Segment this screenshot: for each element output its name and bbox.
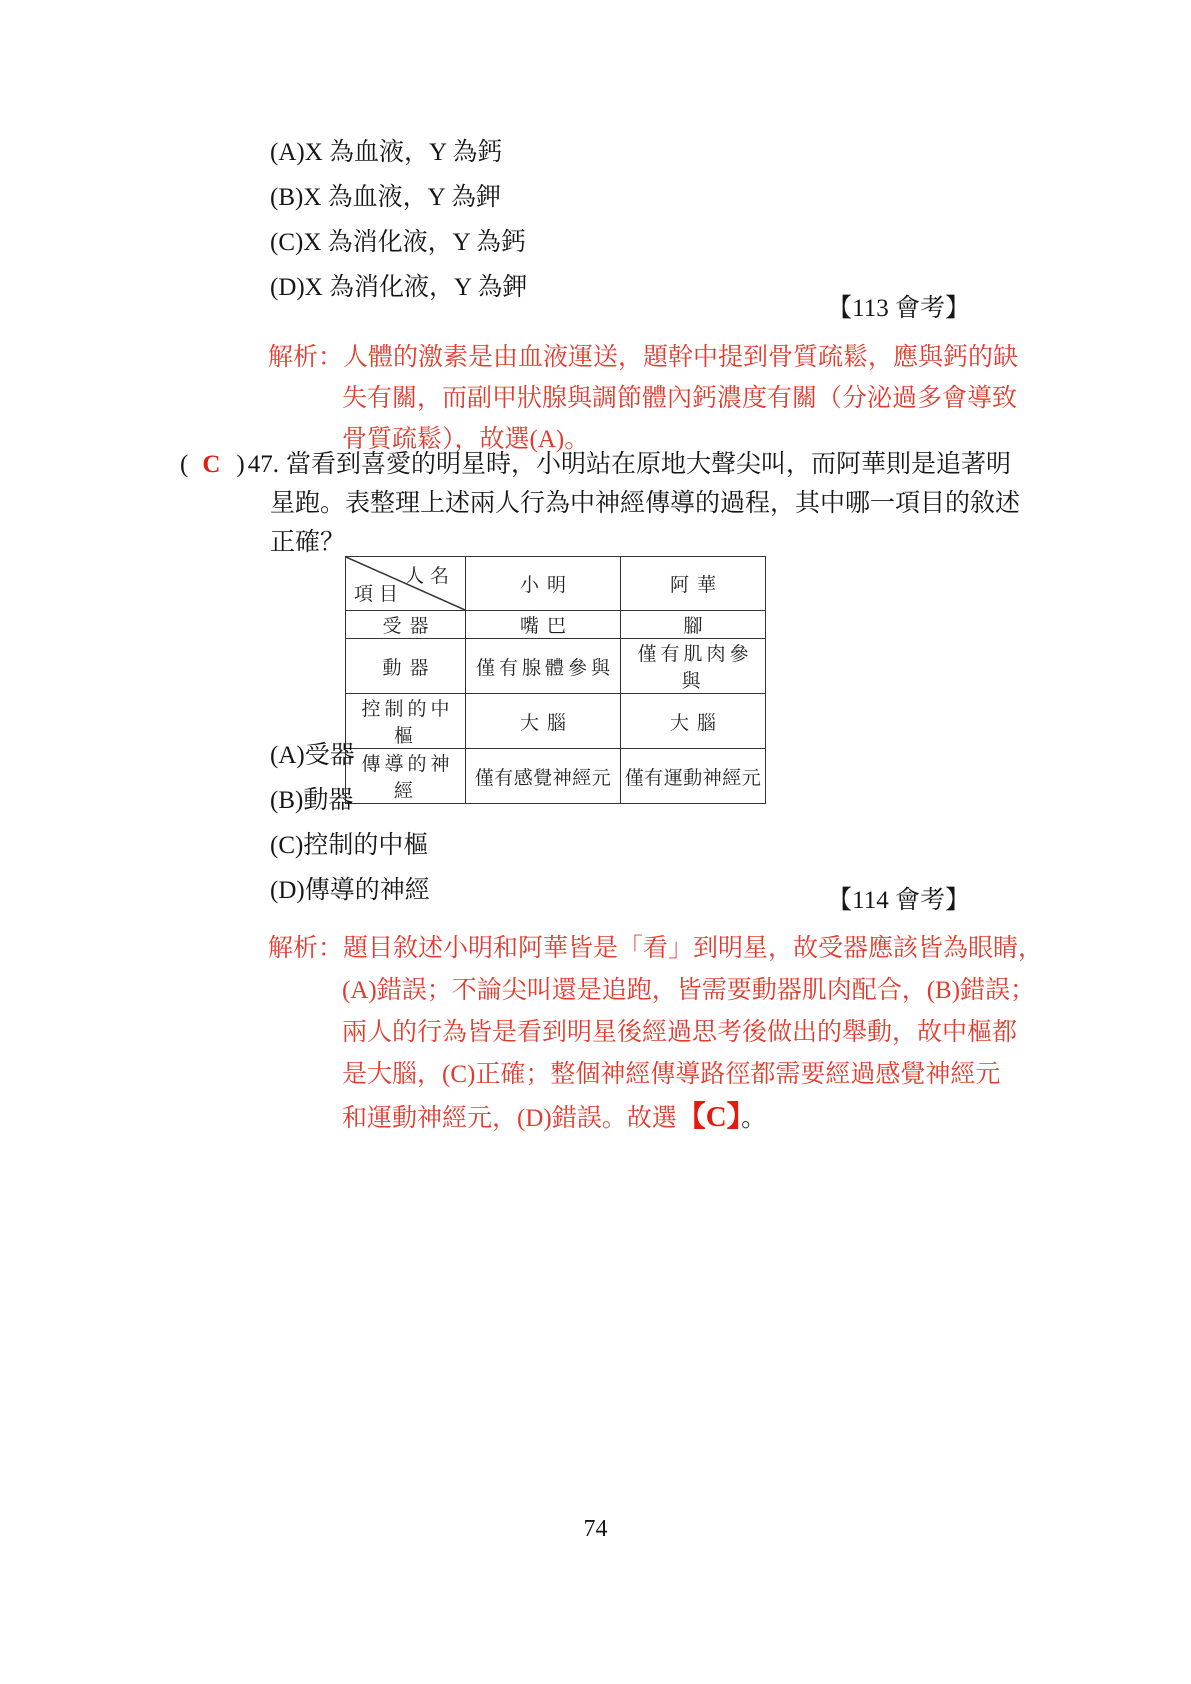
option-c: (C)控制的中樞 <box>270 823 430 868</box>
question-number: 47. <box>248 451 279 478</box>
analysis-line: 兩人的行為皆是看到明星後經過思考後做出的舉動，故中樞都 <box>342 1012 1043 1054</box>
table-cell: 腳 <box>621 611 766 639</box>
table-row-receptor: 受器 嘴巴 腳 <box>346 611 766 639</box>
option-b: (B)X 為血液，Y 為鉀 <box>270 175 527 220</box>
option-a: (A)受器 <box>270 733 430 778</box>
stem-line: 星跑。表整理上述兩人行為中神經傳導的過程，其中哪一項目的敘述 <box>270 484 1020 523</box>
column-header-ahua: 阿華 <box>621 557 766 611</box>
table-cell: 僅有腺體參與 <box>466 639 621 694</box>
table-corner-cell: 人名 項目 <box>346 557 466 611</box>
analysis-text: 人體的激素是由血液運送，題幹中提到骨質疏鬆，應與鈣的缺 <box>343 344 1018 371</box>
corner-label-name: 人名 <box>405 561 455 588</box>
option-b: (B)動器 <box>270 778 430 823</box>
final-period: 。 <box>741 1105 766 1132</box>
answer-letter: C <box>202 451 220 478</box>
table-cell: 大腦 <box>466 694 621 749</box>
table-header-row: 人名 項目 小明 阿華 <box>346 557 766 611</box>
analysis-block-prev: 解析：人體的激素是由血液運送，題幹中提到骨質疏鬆，應與鈣的缺 失有關，而副甲狀腺… <box>268 337 1018 460</box>
row-label: 動器 <box>346 639 466 694</box>
table-cell: 僅有肌肉參與 <box>621 639 766 694</box>
analysis-label: 解析： <box>268 344 343 371</box>
table-cell: 大腦 <box>621 694 766 749</box>
final-answer-highlight: 【C】 <box>677 1101 741 1133</box>
column-header-xiaoming: 小明 <box>466 557 621 611</box>
answer-paren-close: ) <box>236 451 244 478</box>
table-cell: 僅有運動神經元 <box>621 749 766 804</box>
question-47: (C)47.當看到喜愛的明星時，小明站在原地大聲尖叫，而阿華則是追著明 星跑。表… <box>180 445 1020 562</box>
analysis-final-line: 和運動神經元，(D)錯誤。故選【C】。 <box>342 1096 1043 1138</box>
analysis-label: 解析： <box>268 935 343 962</box>
corner-label-item: 項目 <box>354 579 404 606</box>
table-cell: 僅有感覺神經元 <box>466 749 621 804</box>
stem-line: 當看到喜愛的明星時，小明站在原地大聲尖叫，而阿華則是追著明 <box>286 451 1011 478</box>
answer-paren-open: ( <box>180 451 188 478</box>
table-row-effector: 動器 僅有腺體參與 僅有肌肉參與 <box>346 639 766 694</box>
question-prev-options: (A)X 為血液，Y 為鈣 (B)X 為血液，Y 為鉀 (C)X 為消化液，Y … <box>270 130 527 310</box>
analysis-block-47: 解析：題目敘述小明和阿華皆是「看」到明星，故受器應該皆為眼睛， (A)錯誤；不論… <box>268 928 1043 1138</box>
analysis-line: (A)錯誤；不論尖叫還是追跑，皆需要動器肌肉配合，(B)錯誤； <box>342 970 1043 1012</box>
exam-document-page: (A)X 為血液，Y 為鈣 (B)X 為血液，Y 為鉀 (C)X 為消化液，Y … <box>0 0 1191 1684</box>
option-c: (C)X 為消化液，Y 為鈣 <box>270 220 527 265</box>
exam-source-114-badge: 【114 會考】 <box>270 883 970 919</box>
option-a: (A)X 為血液，Y 為鈣 <box>270 130 527 175</box>
question-47-first-line: (C)47.當看到喜愛的明星時，小明站在原地大聲尖叫，而阿華則是追著明 <box>180 445 1020 484</box>
analysis-text: 題目敘述小明和阿華皆是「看」到明星，故受器應該皆為眼睛， <box>343 935 1043 962</box>
table-cell: 嘴巴 <box>466 611 621 639</box>
analysis-line: 解析：人體的激素是由血液運送，題幹中提到骨質疏鬆，應與鈣的缺 <box>268 337 1018 378</box>
exam-source-113-badge: 【113 會考】 <box>270 291 970 327</box>
analysis-text: 和運動神經元，(D)錯誤。故選 <box>342 1105 677 1132</box>
analysis-line: 是大腦，(C)正確；整個神經傳導路徑都需要經過感覺神經元 <box>342 1054 1043 1096</box>
analysis-line: 失有關，而副甲狀腺與調節體內鈣濃度有關（分泌過多會導致 <box>342 378 1018 419</box>
row-label: 受器 <box>346 611 466 639</box>
analysis-line: 解析：題目敘述小明和阿華皆是「看」到明星，故受器應該皆為眼睛， <box>268 928 1043 970</box>
page-number: 74 <box>0 1516 1191 1543</box>
